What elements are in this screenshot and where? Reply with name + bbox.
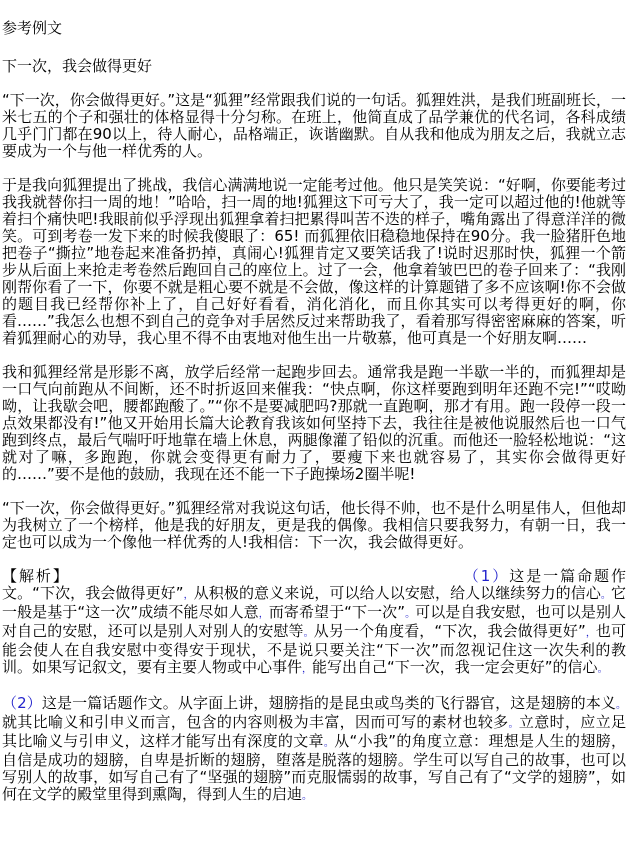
essay-paragraph-3: 我和狐狸经常是形影不离，放学后经常一起跑步回去。通常我是跑一半歇一半的，而狐狸却… xyxy=(2,364,626,483)
essay-paragraph-2: 于是我向狐狸提出了挑战，我信心满满地说一定能考过他。他只是笑笑说：“好啊，你要能… xyxy=(2,177,626,347)
essay-paragraph-4: “下一次，你会做得更好。”狐狸经常对我说这句话，他长得不帅，也不是什么明星伟人，… xyxy=(2,500,626,551)
blue-punct: 。 xyxy=(405,609,415,620)
blue-punct: 。 xyxy=(616,700,626,711)
text-segment: 而寄希望于“下一次” xyxy=(269,603,405,621)
section-label: 参考例文 xyxy=(2,20,626,37)
blue-punct: 。 xyxy=(601,590,611,601)
text-segment: 这是一篇话题作文。从字面上讲，翅膀指的是昆虫或鸟类的飞行器官，这是翅膀的本义 xyxy=(42,694,616,712)
analysis-paragraph-1: 【解析】（1）这是一篇命题作文。“下次，我会做得更好”，从积极的意义来说，可以给… xyxy=(2,568,626,678)
blue-punct: ， xyxy=(302,664,312,675)
analysis-paragraph-2: （2）这是一篇话题作文。从字面上讲，翅膀指的是昆虫或鸟类的飞行器官，这是翅膀的本… xyxy=(2,695,626,805)
document-page: { "page": { "background": "#ffffff", "te… xyxy=(0,0,630,841)
blue-punct: 。 xyxy=(304,628,314,639)
essay-paragraph-1: “下一次，你会做得更好。”这是“狐狸”经常跟我们说的一句话。狐狸姓洪，是我们班副… xyxy=(2,92,626,160)
blue-punct: 。 xyxy=(509,719,519,730)
blue-punct: ， xyxy=(184,590,194,601)
text-segment: 就其比喻义和引申义而言，包含的内容则极为丰富，因而可写的素材也较多 xyxy=(2,713,509,731)
blue-punct: ， xyxy=(259,609,269,620)
analysis-label: 【解析】 xyxy=(2,567,70,585)
text-segment: 能写出自己“下一次，我一定会更好”的信心 xyxy=(312,658,598,676)
document-body: 参考例文 下一次，我会做得更好 “下一次，你会做得更好。”这是“狐狸”经常跟我们… xyxy=(0,0,630,805)
text-segment: 从另一个角度看，“下次，我会做得更好” xyxy=(314,622,586,640)
analysis-item-2-text: （2）这是一篇话题作文。从字面上讲，翅膀指的是昆虫或鸟类的飞行器官，这是翅膀的本… xyxy=(2,694,626,803)
analysis-item-number: （1） xyxy=(462,567,509,585)
text-segment: 从积极的意义来说，可以给人以安慰，给人以继续努力的信心 xyxy=(194,584,601,602)
blue-punct: ， xyxy=(586,628,596,639)
analysis-item-number: （2） xyxy=(2,694,42,712)
essay-title: 下一次，我会做得更好 xyxy=(2,58,626,75)
blue-punct: 。 xyxy=(324,738,334,749)
blue-punct: 。 xyxy=(598,664,608,675)
analysis-label-spacer xyxy=(70,580,462,581)
blue-punct: 。 xyxy=(302,791,312,802)
analysis-item-1-text: （1）这是一篇命题作文。“下次，我会做得更好”，从积极的意义来说，可以给人以安慰… xyxy=(2,567,626,676)
